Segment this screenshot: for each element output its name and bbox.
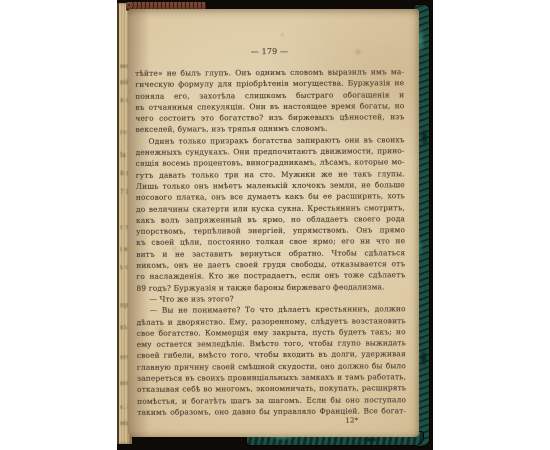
text-line: такимъ образомъ, оно давно бы управляло …: [137, 405, 406, 418]
page-number: — 179 —: [135, 46, 404, 58]
text-line: чего состоитъ это богатство? изъ биржевы…: [135, 111, 404, 124]
text-line: 89 годъ? Буржуазія и также бароны биржев…: [136, 281, 405, 294]
book-page: — 179 — тѣйте» не былъ глупъ. Онъ однимъ…: [128, 9, 419, 437]
text-lines: тѣйте» не былъ глупъ. Онъ однимъ словомъ…: [135, 66, 406, 418]
book-photo: мойнійя сгоІвй п7 Івс тиі въь сійпрокъег…: [117, 0, 433, 450]
screenshot-canvas: мойнійя сгоІвй п7 Івс тиі въь сійпрокъег…: [0, 0, 550, 450]
page-text: — 179 — тѣйте» не былъ глупъ. Онъ однимъ…: [127, 8, 421, 427]
